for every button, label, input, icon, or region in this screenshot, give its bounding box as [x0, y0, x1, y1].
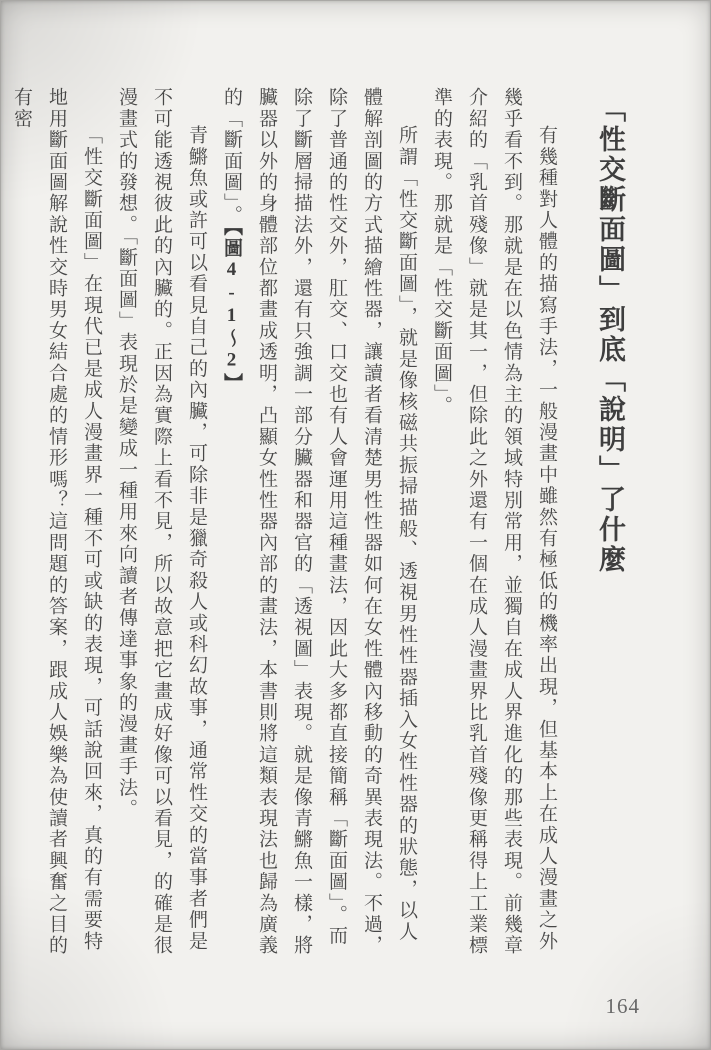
- figure-reference: 【圖4-1～2】: [221, 226, 242, 394]
- paragraph-4: 「性交斷面圖」在現代已是成人漫畫界一種不可或缺的表現，可話說回來，真的有需要特地…: [4, 87, 109, 957]
- paragraph-4-text: 「性交斷面圖」在現代已是成人漫畫界一種不可或缺的表現，可話說回來，真的有需要特地…: [11, 87, 102, 956]
- page-body: 「性交斷面圖」到底「說明」了什麼 有幾種對人體的描寫手法，一般漫畫中雖然有極低的…: [4, 87, 640, 957]
- page-number: 164: [606, 994, 641, 1019]
- paragraph-1: 有幾種對人體的描寫手法，一般漫畫中雖然有極低的機率出現，但基本上在成人漫畫之外幾…: [424, 87, 564, 957]
- paragraph-1-text: 有幾種對人體的描寫手法，一般漫畫中雖然有極低的機率出現，但基本上在成人漫畫之外幾…: [431, 87, 557, 956]
- paragraph-2-text: 所謂「性交斷面圖」，就是像核磁共振掃描般、透視男性性器插入女性性器的狀態，以人體…: [221, 87, 417, 956]
- chapter-title: 「性交斷面圖」到底「說明」了什麼: [580, 87, 640, 957]
- paragraph-2: 所謂「性交斷面圖」，就是像核磁共振掃描般、透視男性性器插入女性性器的狀態，以人體…: [214, 87, 424, 957]
- paragraph-3-text: 青鱂魚或許可以看見自己的內臟，可除非是獵奇殺人或科幻故事，通常性交的當事者們是不…: [116, 87, 207, 956]
- paragraph-3: 青鱂魚或許可以看見自己的內臟，可除非是獵奇殺人或科幻故事，通常性交的當事者們是不…: [109, 87, 214, 957]
- book-page: 「性交斷面圖」到底「說明」了什麼 有幾種對人體的描寫手法，一般漫畫中雖然有極低的…: [0, 0, 711, 1050]
